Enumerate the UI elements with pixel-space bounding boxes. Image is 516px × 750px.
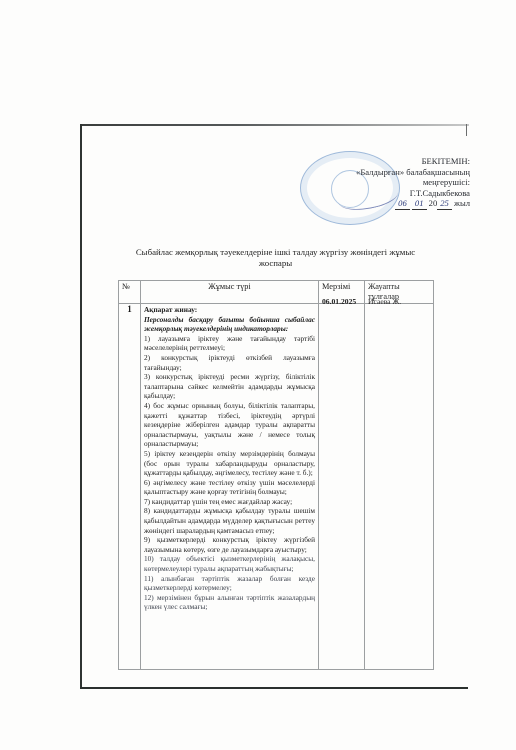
indicator-item: 12) мерзімінен бұрын алынған тәртіптік ж…: [144, 593, 315, 612]
row-number: 1: [119, 304, 141, 670]
header-responsible-line-1: Жауапты: [368, 282, 400, 291]
row-term: 06.01.2025: [319, 304, 365, 670]
header-number: №: [119, 281, 141, 304]
header-work-type: Жұмыс түрі: [141, 281, 319, 304]
date-day: 06: [395, 198, 410, 210]
approver-name: Г.Т.Садыкбекова: [318, 188, 470, 199]
scan-frame-left-border: [80, 124, 82, 689]
scan-frame-bottom-border: [80, 687, 468, 689]
indicator-item: 9) қызметкерлерді конкурстық іріктеу жүр…: [144, 535, 315, 554]
scan-mark: [466, 124, 467, 136]
document-title: Сыбайлас жемқорлық тәуекелдеріне ішкі та…: [118, 247, 433, 269]
indicator-item: 6) әңгімелесу және тестілеу өткізу үшін …: [144, 478, 315, 497]
section-heading: Ақпарат жинау:: [144, 305, 315, 315]
date-year-suffix: 25: [437, 198, 452, 210]
position-line: меңгерушісі:: [318, 177, 470, 188]
row-work-description: Ақпарат жинау: Персоналды басқару бағыты…: [141, 304, 319, 670]
indicator-item: 5) іріктеу кезеңдерін өткізу мерзімдерін…: [144, 449, 315, 478]
date-year-word: жыл: [454, 198, 470, 209]
date-month: 01: [412, 198, 427, 210]
indicator-item: 7) кандидаттар үшін тең емес жағдайлар ж…: [144, 497, 315, 507]
work-plan-table: № Жұмыс түрі Мерзімі Жауапты тұлғалар 1 …: [118, 280, 434, 670]
responsible-person: Исаева Ж.: [368, 297, 430, 307]
approval-block: БЕКІТЕМІН: «Балдырған» балабақшасының ме…: [318, 156, 470, 210]
scan-frame-top-border: [81, 124, 469, 126]
document-title-line-2: жоспары: [118, 258, 433, 269]
indicator-item: 8) кандидаттарды жұмысқа қабылдау туралы…: [144, 506, 315, 535]
approval-date: 06 01 2025 жыл: [318, 198, 470, 210]
indicator-item: 1) лауазымға іріктеу және тағайындау тәр…: [144, 334, 315, 353]
indicator-item: 11) алынбаған тәртіптік жазалар болған к…: [144, 574, 315, 593]
indicators-intro: Персоналды басқару бағыты бойынша сыбайл…: [144, 315, 315, 334]
date-year-prefix: 20: [429, 198, 438, 209]
indicator-item: 2) конкурстық іріктеуді өткізбей лауазым…: [144, 353, 315, 372]
table-row: 1 Ақпарат жинау: Персоналды басқару бағы…: [119, 304, 434, 670]
indicator-item: 10) талдау объектісі қызметкерлерінің жа…: [144, 554, 315, 573]
row-responsible: Исаева Ж.: [365, 304, 434, 670]
organization-line: «Балдырған» балабақшасының: [318, 167, 470, 178]
approved-label: БЕКІТЕМІН:: [318, 156, 470, 167]
document-title-line-1: Сыбайлас жемқорлық тәуекелдеріне ішкі та…: [118, 247, 433, 258]
indicator-item: 3) конкурстық іріктеуді ресми жүргізу, б…: [144, 372, 315, 401]
term-date: 06.01.2025: [322, 297, 361, 307]
indicator-item: 4) бос жұмыс орнының болуы, біліктілік т…: [144, 401, 315, 449]
